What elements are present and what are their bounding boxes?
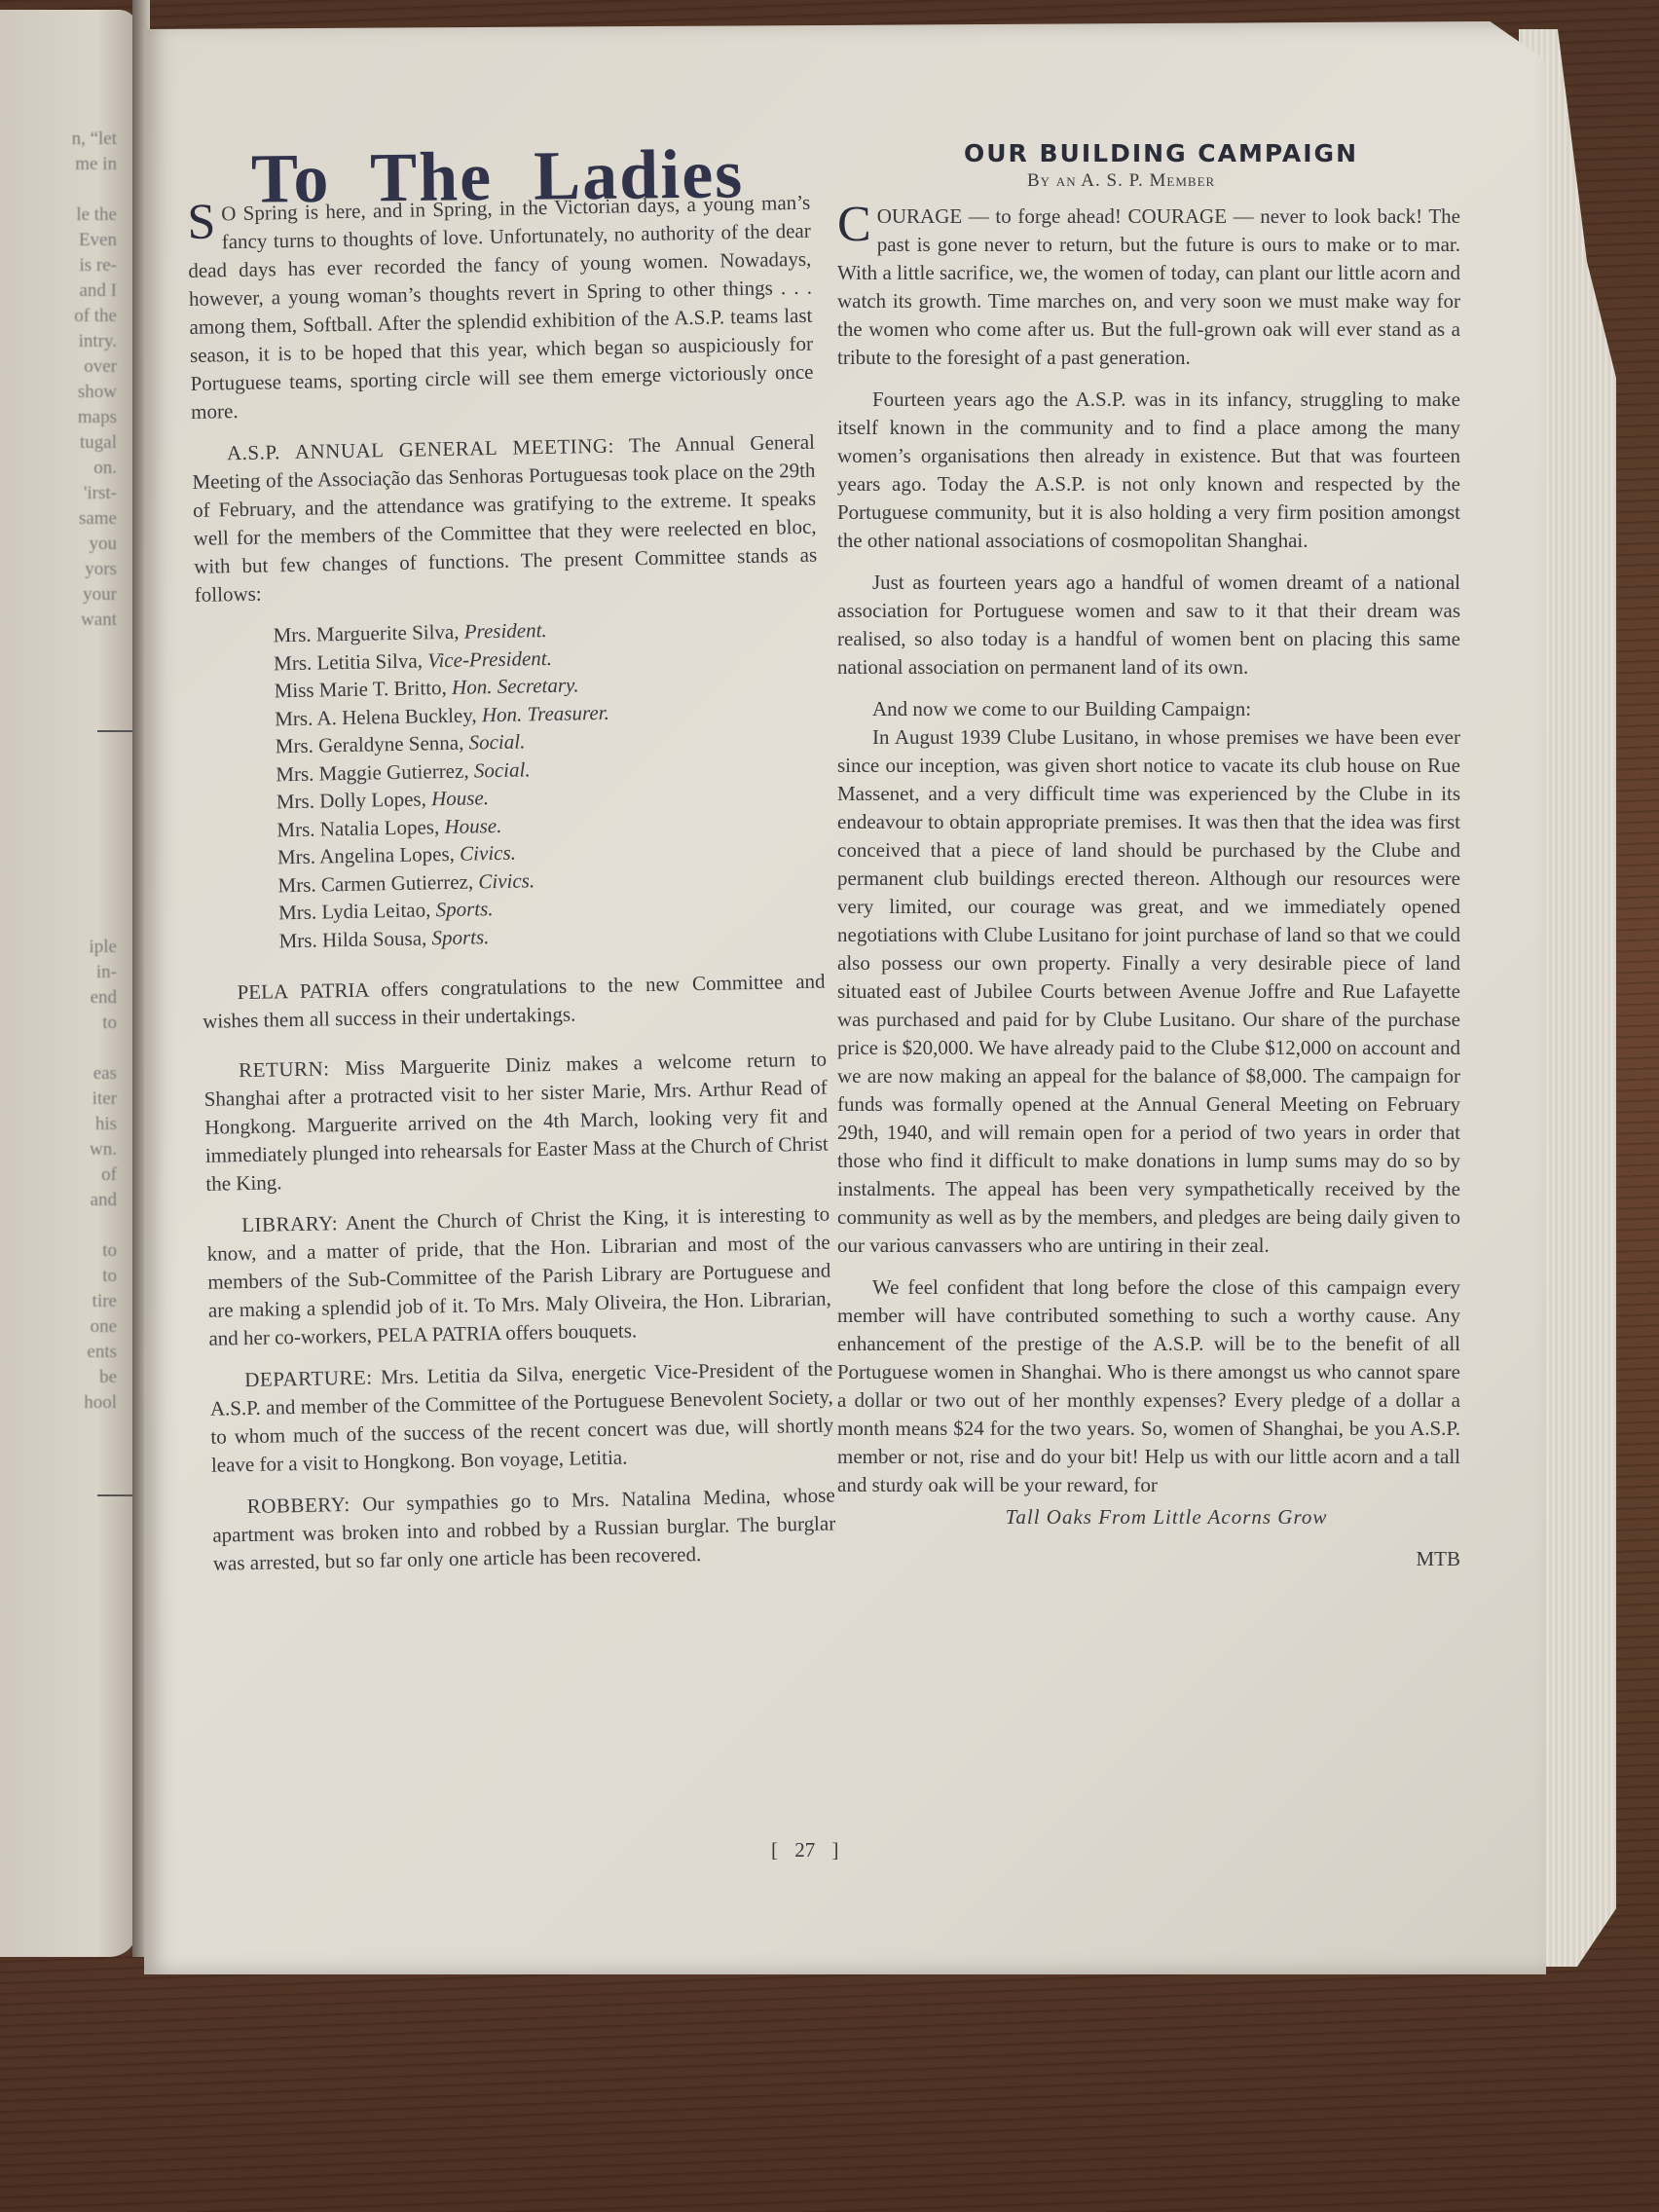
ladies-column: SO Spring is here, and in Spring, in the… bbox=[187, 189, 836, 1592]
robbery-heading: ROBBERY: bbox=[247, 1493, 350, 1518]
campaign-column: COURAGE — to forge ahead! COURAGE — neve… bbox=[837, 203, 1460, 1587]
campaign-paragraph: COURAGE — to forge ahead! COURAGE — neve… bbox=[837, 203, 1460, 372]
fragment-line: to bbox=[0, 1264, 117, 1289]
left-page-fragment: n, “let me in le the Even is re- and I o… bbox=[0, 10, 138, 1957]
fragment-line: Even bbox=[0, 228, 117, 253]
fragment-line: same bbox=[0, 506, 117, 532]
committee-list: Mrs. Marguerite Silva, President. Mrs. L… bbox=[273, 611, 824, 955]
fragment-line bbox=[0, 1036, 117, 1061]
library-paragraph: LIBRARY: Anent the Church of Christ the … bbox=[206, 1200, 832, 1353]
fragment-line: to bbox=[0, 1238, 117, 1264]
fragment-line: ents bbox=[0, 1340, 117, 1365]
campaign-paragraph: Fourteen years ago the A.S.P. was in its… bbox=[837, 386, 1460, 555]
fragment-line: hool bbox=[0, 1390, 117, 1416]
fragment-line: show bbox=[0, 380, 117, 405]
agm-paragraph: A.S.P. ANNUAL GENERAL MEETING: The Annua… bbox=[192, 428, 818, 609]
fragment-line bbox=[0, 1213, 117, 1238]
fragment-line: of bbox=[0, 1162, 117, 1188]
fragment-line: yors bbox=[0, 557, 117, 582]
fragment-line: you bbox=[0, 532, 117, 557]
fragment-line: in- bbox=[0, 960, 117, 985]
fragment-line: on. bbox=[0, 456, 117, 481]
motto: Tall Oaks From Little Acorns Grow bbox=[837, 1503, 1460, 1531]
dropcap: S bbox=[187, 202, 216, 243]
fragment-line: 'irst- bbox=[0, 481, 117, 506]
fragment-line: intry. bbox=[0, 329, 117, 354]
dropcap: C bbox=[837, 204, 871, 245]
campaign-paragraph: Just as fourteen years ago a handful of … bbox=[837, 569, 1460, 682]
fragment-line: is re- bbox=[0, 253, 117, 278]
fragment-line: to bbox=[0, 1011, 117, 1036]
fragment-line: le the bbox=[0, 203, 117, 228]
campaign-paragraph: We feel confident that long before the c… bbox=[837, 1273, 1460, 1499]
departure-heading: DEPARTURE: bbox=[244, 1366, 373, 1392]
fragment-line: over bbox=[0, 354, 117, 380]
fragment-line: your bbox=[0, 582, 117, 608]
page-number: [ 27 ] bbox=[771, 1838, 839, 1862]
fragment-line bbox=[0, 177, 117, 203]
campaign-title: OUR BUILDING CAMPAIGN bbox=[964, 139, 1358, 167]
fragment-line: end bbox=[0, 985, 117, 1011]
fragment-line: be bbox=[0, 1365, 117, 1390]
fragment-line: his bbox=[0, 1112, 117, 1137]
fragment-line: and bbox=[0, 1188, 117, 1213]
intro-text: O Spring is here, and in Spring, in the … bbox=[188, 191, 814, 424]
robbery-paragraph: ROBBERY: Our sympathies go to Mrs. Natal… bbox=[211, 1481, 836, 1577]
fragment-line: and I bbox=[0, 278, 117, 304]
fragment-line: tugal bbox=[0, 430, 117, 456]
campaign-paragraph: In August 1939 Clube Lusitano, in whose … bbox=[837, 723, 1460, 1260]
fragment-line: iter bbox=[0, 1087, 117, 1112]
fragment-line: one bbox=[0, 1314, 117, 1340]
fragment-line: tire bbox=[0, 1289, 117, 1314]
return-paragraph: RETURN: Miss Marguerite Diniz makes a we… bbox=[203, 1046, 829, 1198]
fragment-line: me in bbox=[0, 152, 117, 177]
library-heading: LIBRARY: bbox=[241, 1211, 338, 1236]
byline: By an A. S. P. Member bbox=[1027, 170, 1215, 192]
agm-heading: A.S.P. ANNUAL GENERAL MEETING: bbox=[227, 434, 614, 465]
fragment-line: n, “let bbox=[0, 127, 117, 152]
fragment-line: of the bbox=[0, 304, 117, 329]
fragment-line: want bbox=[0, 608, 117, 633]
departure-paragraph: DEPARTURE: Mrs. Letitia da Silva, energe… bbox=[209, 1354, 834, 1479]
congrats-paragraph: PELA PATRIA offers congratulations to th… bbox=[202, 968, 826, 1036]
return-heading: RETURN: bbox=[239, 1056, 330, 1082]
intro-paragraph: SO Spring is here, and in Spring, in the… bbox=[187, 189, 814, 426]
left-page-text-bottom: iple in- end to eas iter his wn. of and … bbox=[0, 935, 117, 1416]
fragment-line: wn. bbox=[0, 1137, 117, 1162]
fragment-line: maps bbox=[0, 405, 117, 430]
left-page-text-top: n, “let me in le the Even is re- and I o… bbox=[0, 127, 117, 633]
fragment-line: eas bbox=[0, 1061, 117, 1087]
campaign-paragraph: And now we come to our Building Campaign… bbox=[837, 695, 1460, 723]
author-signature: MTB bbox=[837, 1545, 1460, 1573]
fragment-line: iple bbox=[0, 935, 117, 960]
